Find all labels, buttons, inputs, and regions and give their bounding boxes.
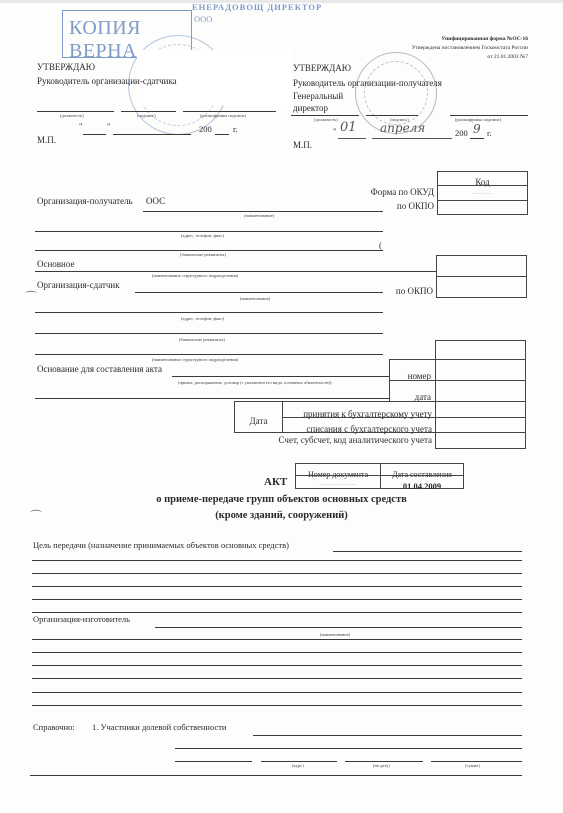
account-code-cell[interactable] [435, 432, 526, 449]
month-handwritten-right: апреля [380, 121, 425, 135]
manufacturer-line-3[interactable] [32, 652, 522, 653]
accept-label-cell: принятия к бухгалтерскому учету [282, 401, 436, 418]
position-line-right[interactable] [291, 115, 359, 116]
caption-position-right: (должность) [314, 117, 338, 122]
basis-line[interactable] [172, 376, 390, 377]
caption-decoding-left: (расшифровка подписи) [200, 113, 246, 118]
sum-line[interactable] [431, 761, 522, 762]
position-line-left[interactable] [37, 111, 114, 112]
caption-sender-division: (наименование структурного подразделения… [152, 357, 238, 362]
recipient-name-line[interactable] [143, 211, 383, 212]
division-code-cell[interactable] [436, 255, 527, 277]
okud-label: Форма по ОКУД [371, 187, 434, 197]
basis-line-2[interactable] [35, 398, 390, 399]
manufacturer-line-4[interactable] [32, 665, 522, 666]
quote-open-right: " [333, 126, 336, 136]
decoding-line-left[interactable] [183, 111, 276, 112]
sender-okpo-label: по ОКПО [396, 286, 433, 296]
caption-sender-bank: (банковские реквизиты) [179, 337, 225, 342]
recipient-address-line[interactable] [35, 231, 383, 232]
basis-number-label-cell: номер [389, 359, 436, 381]
sender-division-line[interactable] [35, 354, 383, 355]
year-prefix-right: 200 [455, 128, 468, 138]
recipient-value: ООС [146, 196, 165, 206]
basis-date-label-cell: дата [389, 380, 436, 402]
position-line2-right: директор [293, 103, 328, 113]
act-title: АКТ [264, 476, 287, 488]
day-handwritten-right: 01 [340, 120, 357, 135]
year-line-left[interactable] [215, 134, 229, 135]
caption-sender-address: (адрес, телефон, факс) [181, 316, 224, 321]
purpose-line-3[interactable] [32, 586, 522, 587]
act-subtitle-1: о приеме-передаче групп объектов основны… [0, 494, 563, 505]
basis-top-code-cell[interactable] [435, 340, 526, 360]
account-label: Счет, субсчет, код аналитического учета [279, 435, 432, 445]
purpose-line-1[interactable] [32, 560, 522, 561]
on-date-line[interactable] [345, 761, 423, 762]
caption-recipient-bank: (банковские реквизиты) [180, 252, 226, 257]
day-line-left[interactable] [83, 134, 106, 135]
rate-line[interactable] [261, 761, 337, 762]
writeoff-label: списания с бухгалтерского учета [306, 424, 432, 434]
doc-number-value: - - - - - - - - - - - - - [320, 483, 357, 488]
caption-recipient-name: (наименование) [244, 213, 274, 218]
caption-recipient-division: (наименование структурного подразделения… [152, 273, 238, 278]
bracket-mark: ( [379, 240, 382, 250]
year-suffix-right: г. [487, 128, 492, 138]
shared-owners-line-2[interactable] [175, 748, 522, 749]
manufacturer-line-7[interactable] [32, 705, 522, 706]
basis-date-cell[interactable] [435, 380, 526, 402]
okud-code-cell[interactable]: - - - - - - - [437, 185, 528, 201]
sender-okpo-cell[interactable] [436, 276, 527, 298]
month-line-left[interactable] [113, 134, 191, 135]
doc-date-cell[interactable]: 01.04.2009 [380, 475, 464, 489]
mp-left: М.П. [37, 135, 56, 145]
company-stamp-sub: ООО [194, 14, 212, 24]
unified-form-label: Унифицированная форма №ОС-16 [441, 36, 528, 42]
basis-label: Основание для составления акта [37, 364, 162, 374]
signature-line-right[interactable] [366, 115, 418, 116]
shared-owners-line[interactable] [253, 735, 522, 736]
doc-date-value: 01.04.2009 [403, 481, 441, 491]
caption-sender-name: (наименование) [240, 296, 270, 301]
decoding-line-right[interactable] [450, 115, 528, 116]
caption-position-left: (должность) [60, 113, 84, 118]
caption-sum: (сумма) [465, 763, 480, 768]
act-subtitle-2: (кроме зданий, сооружений) [0, 510, 563, 521]
manufacturer-label: Организация-изготовитель [33, 614, 130, 624]
copy-stamp-text: КОПИЯ ВЕРНА [69, 17, 141, 62]
scan-mark-icon: ⌒ [25, 288, 37, 305]
sender-name-line[interactable] [135, 292, 383, 293]
caption-on-date: (на дату) [373, 763, 390, 768]
caption-manufacturer: (наименование) [320, 632, 350, 637]
approved-by-label: Утверждена постановлением Госкомстата Ро… [412, 45, 528, 51]
currency-line[interactable] [175, 761, 252, 762]
approve-left-title: УТВЕРЖДАЮ [37, 62, 95, 72]
position-line1-right: Генеральный [293, 91, 343, 101]
writeoff-label-cell: списания с бухгалтерского учета [282, 417, 436, 433]
purpose-line-4[interactable] [32, 599, 522, 600]
accept-date-cell[interactable] [435, 401, 526, 418]
date-group-cell: Дата [234, 401, 283, 433]
purpose-line-5[interactable] [32, 612, 522, 613]
month-line-right[interactable] [372, 138, 452, 139]
sender-bank-line[interactable] [35, 333, 383, 334]
sender-label: Организация-сдатчик [37, 280, 120, 290]
approve-left-role: Руководитель организации-сдатчика [37, 76, 177, 86]
approved-date-label: от 21.01.2003 №7 [487, 54, 528, 60]
company-stamp-text: ЕНЕРАДОВОЩ ДИРЕКТОР [192, 2, 322, 12]
scan-mark-icon-2: ⌒ [30, 507, 42, 524]
quote-open-left: " [79, 121, 82, 131]
caption-recipient-address: (адрес, телефон, факс) [181, 233, 224, 238]
basis-number-cell[interactable] [435, 359, 526, 381]
approve-right-role: Руководитель организации-получателя [293, 78, 442, 88]
manufacturer-line-2[interactable] [32, 639, 522, 640]
caption-basis: (приказ, распоряжение, договор (с указан… [178, 380, 331, 385]
recipient-division-value: Основное [37, 259, 74, 269]
okpo-code-cell[interactable] [437, 200, 528, 215]
year-suffix-left: г. [233, 124, 238, 134]
manufacturer-line-5[interactable] [32, 678, 522, 679]
manufacturer-line[interactable] [155, 627, 522, 628]
mp-right: М.П. [293, 140, 312, 150]
code-header-cell: Код [437, 171, 528, 186]
date-group-label: Дата [250, 416, 268, 426]
purpose-line-2[interactable] [32, 573, 522, 574]
signature-line-left[interactable] [121, 111, 176, 112]
okud-code-value: - - - - - - - [473, 192, 492, 197]
sender-address-line[interactable] [35, 312, 383, 313]
okpo-label: по ОКПО [397, 201, 434, 211]
caption-rate: (курс) [292, 763, 304, 768]
year-handwritten-right: 9 [473, 122, 481, 136]
recipient-division-line[interactable] [35, 271, 437, 272]
writeoff-date-cell[interactable] [435, 417, 526, 433]
approve-right-title: УТВЕРЖДАЮ [293, 63, 351, 73]
purpose-label: Цель передачи (назначение принимаемых об… [33, 540, 289, 550]
reference-label: Справочно: [33, 722, 75, 732]
manufacturer-line-6[interactable] [32, 692, 522, 693]
reference-item1-label: 1. Участники долевой собственности [92, 722, 226, 732]
year-prefix-left: 200 [199, 124, 212, 134]
purpose-line-0[interactable] [333, 551, 522, 552]
recipient-bank-line[interactable] [35, 250, 383, 251]
year-line-right[interactable] [470, 138, 484, 139]
quote-close-left: " [107, 121, 110, 131]
reference-line-final[interactable] [30, 775, 522, 776]
caption-signature-left: (подпись) [137, 113, 156, 118]
doc-number-cell[interactable]: - - - - - - - - - - - - - [295, 475, 381, 489]
recipient-label: Организация-получатель [37, 196, 133, 206]
day-line-right[interactable] [338, 138, 366, 139]
